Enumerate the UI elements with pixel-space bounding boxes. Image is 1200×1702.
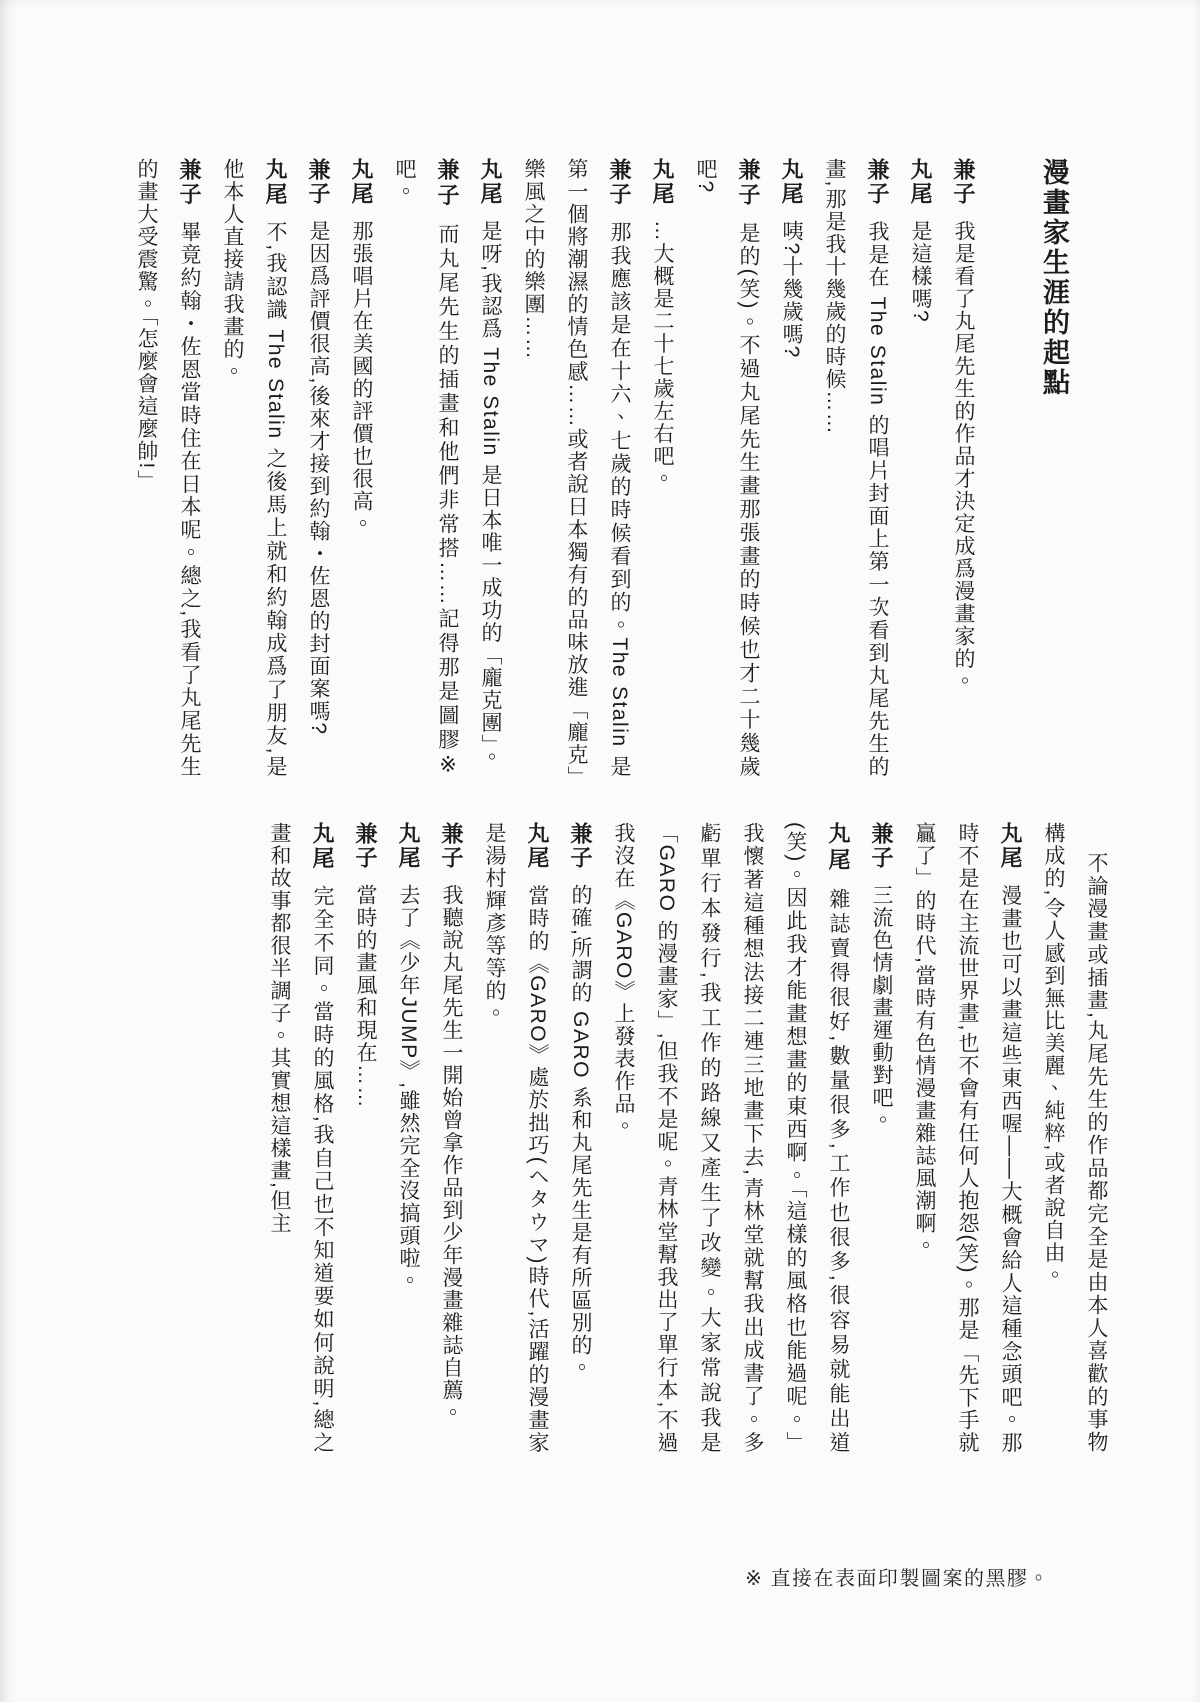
speaker-name: 丸尾 (263, 158, 288, 207)
dialogue-paragraph: 丸尾當時的《GARO》處於拙巧(ヘタウマ)時代,活躍的漫畫家是湯村輝彥等等的。 (473, 822, 559, 1454)
speaker-name: 丸尾 (478, 158, 503, 206)
speaker-name: 兼子 (177, 158, 202, 207)
dialogue-paragraph: 兼子我聽說丸尾先生一開始曾拿作品到少年漫畫雜誌自薦。 (430, 822, 473, 1454)
dialogue-paragraph: 丸尾咦?十幾歲嗎? (770, 158, 813, 778)
dialogue-paragraph: 不論漫畫或插畫,丸尾先生的作品都完全是由本人喜歡的事物構成的,令人感到無比美麗、… (1032, 822, 1118, 1454)
speaker-name: 兼子 (435, 158, 460, 209)
dialogue-paragraph: 兼子三流色情劇畫運動對吧。 (860, 822, 903, 1454)
dialogue-paragraph: 丸尾那張唱片在美國的評價也很高。 (340, 158, 383, 778)
speaker-name: 兼子 (306, 158, 331, 206)
dialogue-paragraph: 丸尾雜誌賣得很好,數量很多,工作也很多,很容易就能出道(笑)。因此我才能畫想畫的… (602, 822, 860, 1454)
speaker-name: 兼子 (951, 158, 976, 206)
speaker-name: 丸尾 (650, 158, 675, 206)
dialogue-paragraph: 兼子畢竟約翰・佐恩當時住在日本呢。總之,我看了丸尾先生的畫大受震驚。「怎麼會這麼… (125, 158, 211, 778)
dialogue-paragraph: 丸尾不,我認識 The Stalin 之後馬上就和約翰成爲了朋友,是他本人直接請… (211, 158, 297, 778)
speaker-name: 兼子 (736, 158, 761, 208)
dialogue-paragraph: 兼子我是看了丸尾先生的作品才決定成爲漫畫家的。 (942, 158, 985, 778)
dialogue-paragraph: 丸尾完全不同。當時的風格,我自己也不知道要如何說明,總之畫和故事都很半調子。其實… (258, 822, 344, 1454)
dialogue-paragraph: 丸尾是呀,我認爲 The Stalin 是日本唯一成功的「龐克團」。 (469, 158, 512, 778)
interview-section-upper: 漫畫家生涯的起點 兼子我是看了丸尾先生的作品才決定成爲漫畫家的。丸尾是這樣嗎?兼… (125, 158, 1122, 778)
dialogue-paragraph: 丸尾去了《少年JUMP》,雖然完全沒搞頭啦。 (387, 822, 430, 1454)
speaker-name: 丸尾 (349, 158, 374, 206)
speaker-name: 丸尾 (826, 822, 851, 874)
speaker-name: 丸尾 (779, 158, 804, 206)
speaker-name: 兼子 (865, 158, 890, 207)
speaker-name: 兼子 (439, 822, 464, 870)
dialogue-paragraph: 兼子我是在 The Stalin 的唱片封面上第一次看到丸尾先生的畫,那是我十幾… (813, 158, 899, 778)
footnote: ※ 直接在表面印製圖案的黑膠。 (745, 1562, 1050, 1591)
dialogue-paragraph: 丸尾是這樣嗎? (899, 158, 942, 778)
dialogue-paragraph: 兼子的確,所謂的 GARO 系和丸尾先生是有所區別的。 (559, 822, 602, 1454)
section-heading: 漫畫家生涯的起點 (1031, 158, 1076, 778)
dialogue-paragraph: 丸尾漫畫也可以畫這些東西喔——大概會給人這種念頭吧。那時不是在主流世界畫,也不會… (903, 822, 1032, 1454)
speaker-name: 丸尾 (525, 822, 550, 870)
dialogue-paragraph: 兼子是因爲評價很高,後來才接到約翰・佐恩的封面案嗎? (297, 158, 340, 778)
speaker-name: 兼子 (353, 822, 378, 870)
dialogue-paragraph: 兼子是的(笑)。不過丸尾先生畫那張畫的時候也才二十幾歲吧? (684, 158, 770, 778)
interview-page: 漫畫家生涯的起點 兼子我是看了丸尾先生的作品才決定成爲漫畫家的。丸尾是這樣嗎?兼… (0, 0, 1200, 1702)
dialogue-paragraph: 兼子當時的畫風和現在…… (344, 822, 387, 1454)
speaker-name: 兼子 (568, 822, 593, 870)
speaker-name: 丸尾 (396, 822, 421, 870)
speaker-name: 丸尾 (310, 822, 335, 871)
dialogue-paragraph: 兼子而丸尾先生的插畫和他們非常搭……記得那是圖膠※吧。 (383, 158, 469, 778)
interview-section-lower: 不論漫畫或插畫,丸尾先生的作品都完全是由本人喜歡的事物構成的,令人感到無比美麗、… (258, 822, 1118, 1454)
speaker-name: 丸尾 (908, 158, 933, 206)
speaker-name: 丸尾 (998, 822, 1023, 871)
speaker-name: 兼子 (869, 822, 894, 870)
dialogue-paragraph: 兼子那我應該是在十六、七歲的時候看到的。The Stalin 是第一個將潮濕的情… (512, 158, 641, 778)
speaker-name: 兼子 (607, 158, 632, 207)
dialogue-paragraph: 丸尾…大概是二十七歲左右吧。 (641, 158, 684, 778)
